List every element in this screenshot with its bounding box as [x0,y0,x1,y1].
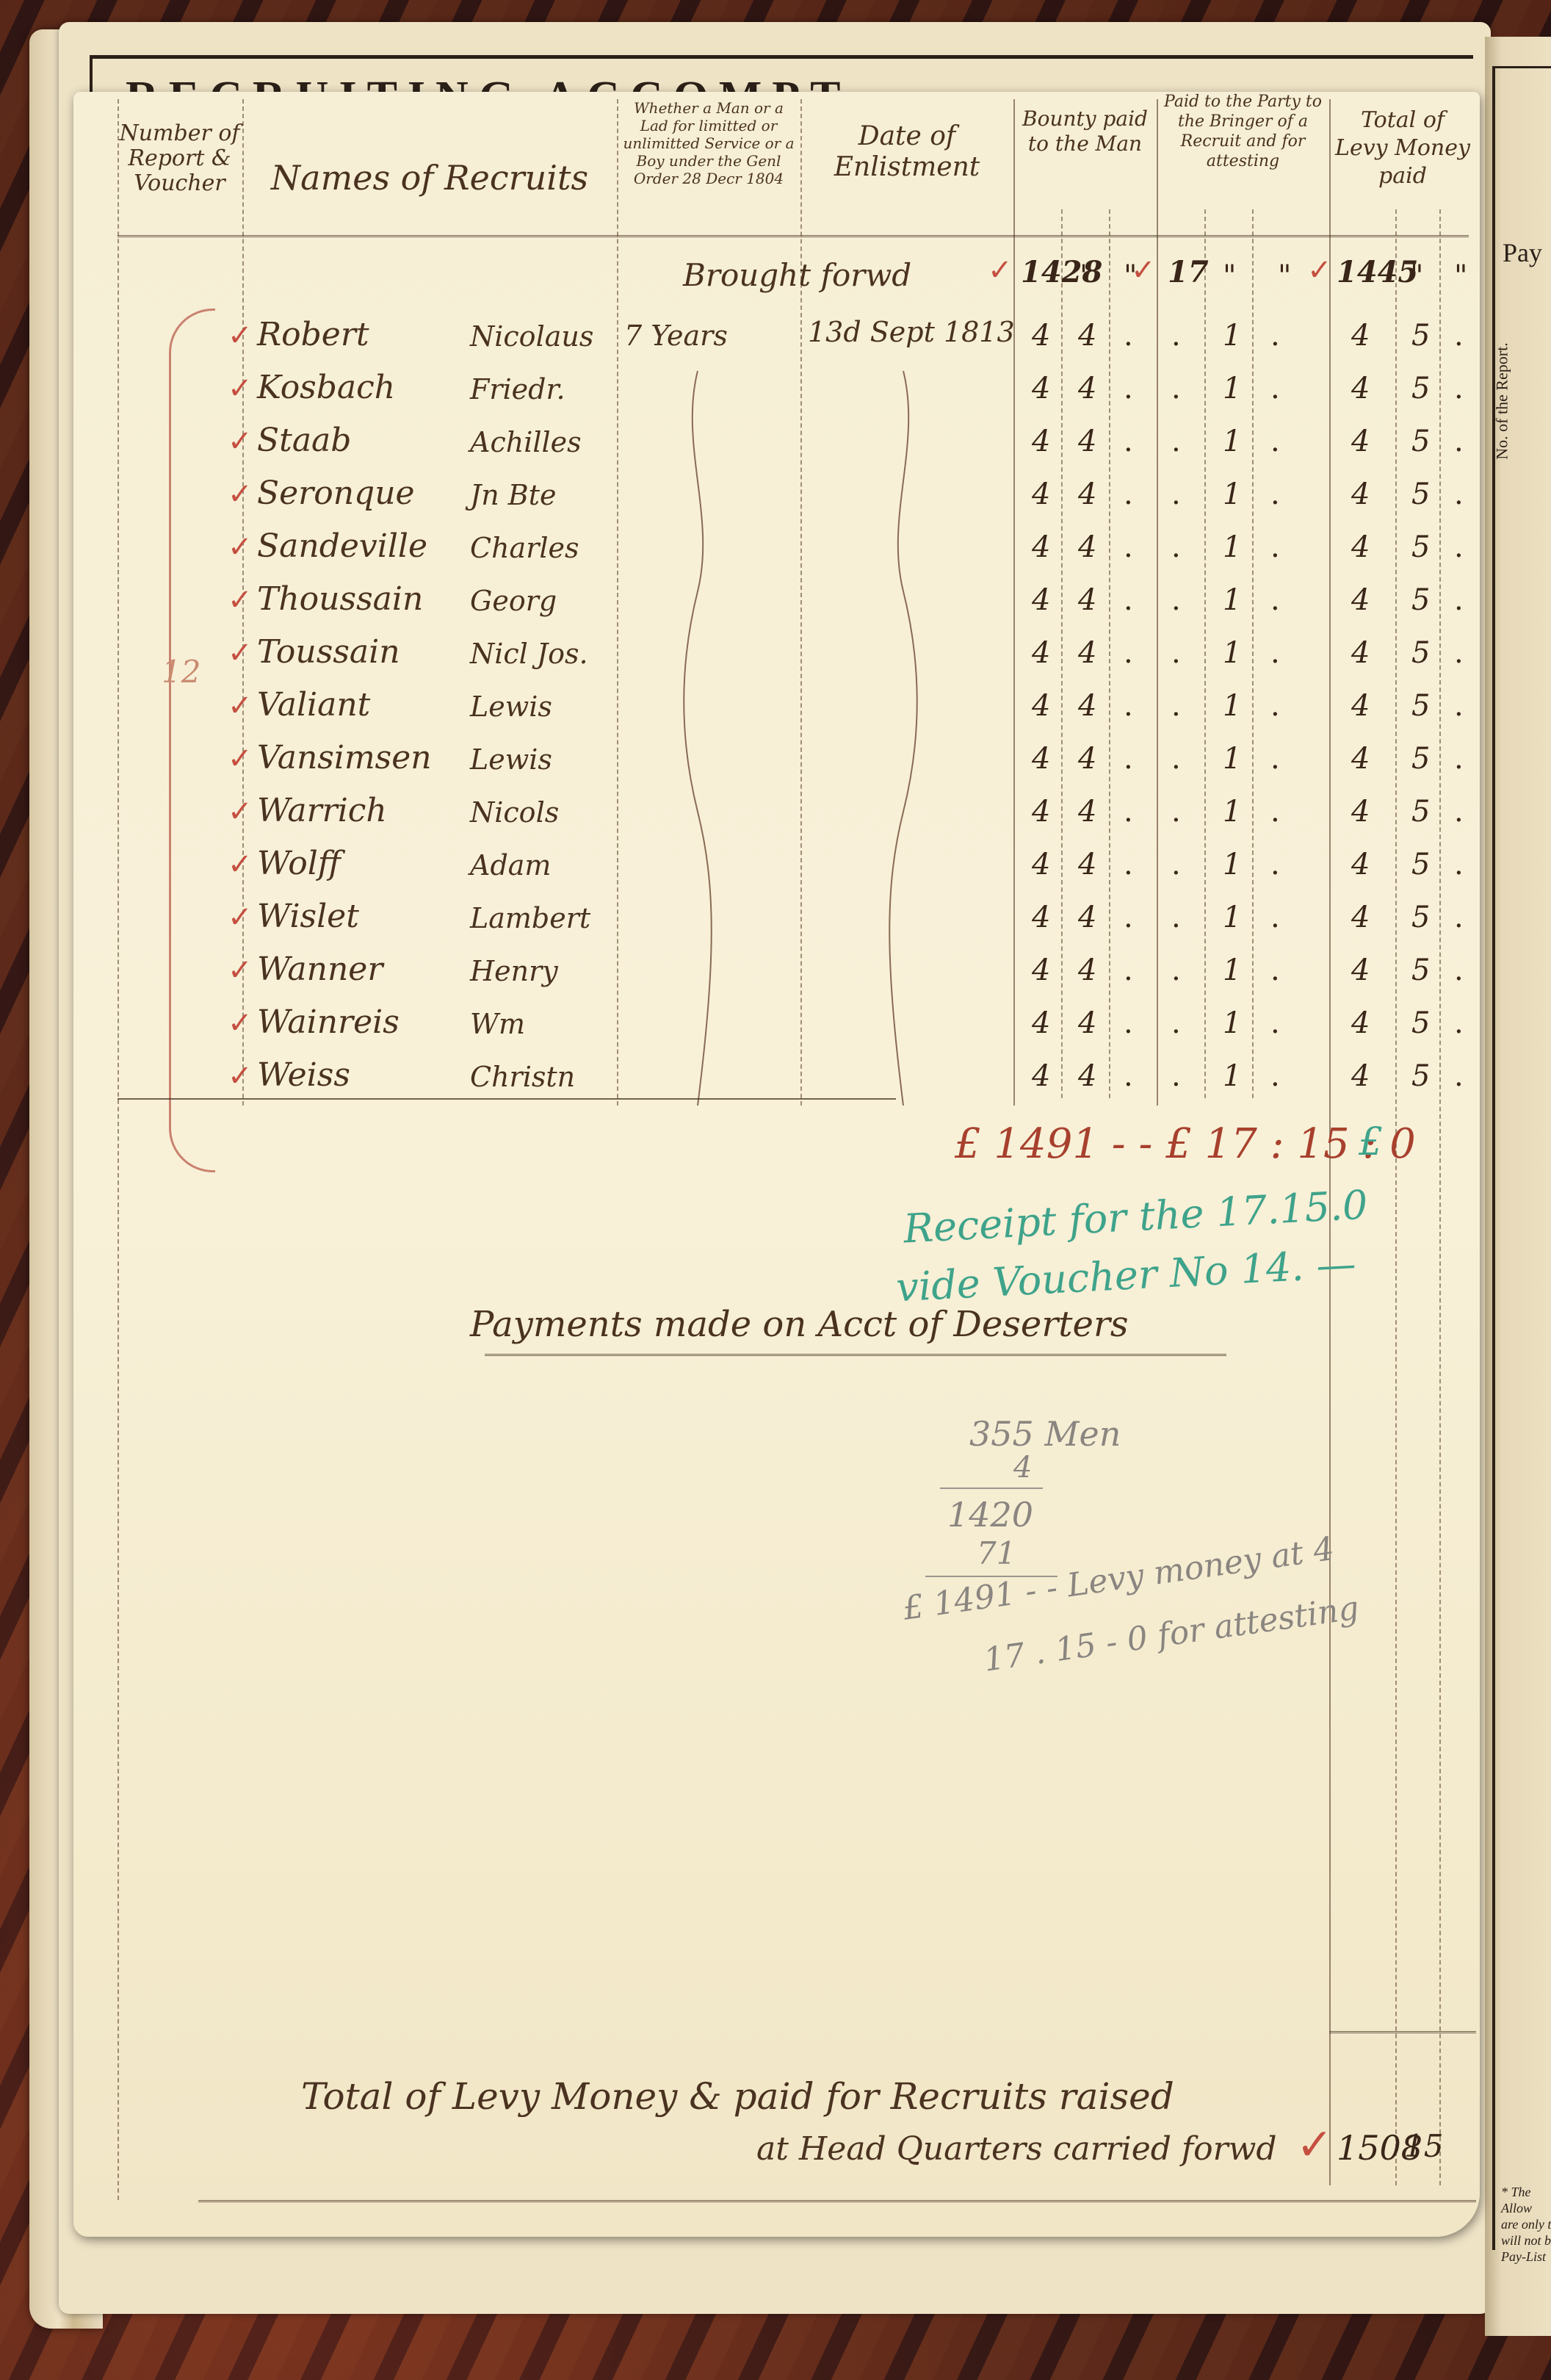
red-check-icon: ✓ [228,953,253,987]
amount-party-d: . [1270,689,1280,723]
amount-party-d: . [1270,319,1280,353]
recruit-surname: Seronque [257,475,415,512]
red-check-icon: ✓ [228,583,253,617]
amount-party-s: 1 [1223,795,1241,829]
amount-party-s: 1 [1223,636,1241,670]
amount-total-d: . [1454,1059,1464,1093]
amount-party-s: 1 [1223,1006,1241,1040]
amount-bounty-s: 4 [1078,477,1096,511]
recruit-given-name: Georg [470,585,557,617]
amount-party-d: . [1270,583,1280,617]
amount-total-d: . [1454,795,1464,829]
amount-bounty-l: 4 [1032,901,1050,934]
table-row: ✓SeronqueJn Bte44..1.45. [73,475,1480,526]
amount-total-d: . [1454,636,1464,670]
recruit-given-name: Adam [470,849,551,881]
table-row: ✓WeissChristn44..1.45. [73,1056,1480,1108]
amount-party-d: . [1270,742,1280,776]
amount-party-l: . [1171,372,1181,405]
table-row: ✓VansimsenLewis44..1.45. [73,739,1480,790]
recruit-surname: Vansimsen [257,739,432,776]
amount-total-l: 4 [1351,372,1370,405]
amount-bounty-s: 4 [1078,425,1096,458]
amount-party-l: . [1171,530,1181,564]
amount-party-l: . [1171,477,1181,511]
amount-bounty-l: 4 [1032,953,1050,987]
pencil-calc-line-3: 1420 [947,1495,1033,1535]
footer-total-line-2: at Head Quarters carried forwd [756,2130,1277,2168]
recruit-given-name: Nicolaus [470,320,593,353]
amount-total-d: . [1454,477,1464,511]
amount-bounty-d: . [1124,530,1133,564]
amount-total-d: . [1454,372,1464,405]
amount-bounty-l: 4 [1032,530,1050,564]
red-check-icon: ✓ [1307,253,1332,287]
amount-total-d: . [1454,848,1464,881]
amount-total-s: 5 [1411,848,1430,881]
table-row: ✓ThoussainGeorg44..1.45. [73,580,1480,632]
amount-bounty-d: . [1124,425,1133,458]
deserters-heading: Payments made on Acct of Deserters [470,1304,1129,1345]
amount-total-s: 5 [1411,372,1430,405]
amount-party-s: 1 [1223,319,1241,353]
recruit-given-name: Henry [470,955,558,987]
header-service-type: Whether a Man or a Lad for limitted or u… [621,99,797,187]
recruit-surname: Staab [257,422,351,459]
amount-total-s: 5 [1411,425,1430,458]
amount-party-d: . [1270,953,1280,987]
amount-party-l: . [1171,1059,1181,1093]
amount-total-s: 5 [1411,689,1430,723]
recruit-surname: Wolff [257,845,341,882]
amount-party-l: . [1171,795,1181,829]
table-row: ✓WisletLambert44..1.45. [73,898,1480,949]
amount-bounty-s: 4 [1078,795,1096,829]
facing-page: Pay No. of the Report. * The Allow are o… [1485,37,1551,2336]
amount-bounty-l: 4 [1032,742,1050,776]
amount-party-l: . [1171,689,1181,723]
pencil-calc-line-1: 355 Men [969,1414,1121,1454]
amount-total-l: 4 [1351,1006,1370,1040]
amount-party-s: 1 [1223,742,1241,776]
table-row: ✓StaabAchilles44..1.45. [73,422,1480,473]
amount-party-s: 1 [1223,477,1241,511]
amount-party-s: 1 [1223,901,1241,934]
amount-total-l: 4 [1351,742,1370,776]
recruit-given-name: Nicl Jos. [470,638,588,670]
recruit-surname: Toussain [257,633,400,671]
ledger-page: Number of Report & Voucher Names of Recr… [73,92,1480,2237]
recruit-given-name: Friedr. [470,373,565,405]
amount-total-d: . [1454,583,1464,617]
amount-total-l: 4 [1351,583,1370,617]
amount-total-l: 4 [1351,795,1370,829]
rows-end-rule [117,1098,896,1100]
footer-rule [198,2200,1476,2205]
red-check-icon: ✓ [988,253,1013,287]
recruit-surname: Thoussain [257,580,423,618]
amount-total-l: 4 [1351,319,1370,353]
footer-total-line-1: Total of Levy Money & paid for Recruits … [301,2075,1174,2118]
amount-party-d: . [1270,372,1280,405]
recruit-given-name: Achilles [470,426,582,458]
red-check-icon: ✓ [228,319,253,353]
amount-total-s: 5 [1411,795,1430,829]
amount-party-l: . [1171,901,1181,934]
amount-total-l: 4 [1351,689,1370,723]
pencil-rule [940,1487,1043,1489]
amount-total-s: 5 [1411,1006,1430,1040]
red-check-icon: ✓ [1131,253,1156,287]
amount-party-d: . [1270,636,1280,670]
recruit-given-name: Wm [470,1008,525,1040]
amount-party-s: 1 [1223,372,1241,405]
amount-bounty-s: 4 [1078,901,1096,934]
amount-bounty-s: 4 [1078,689,1096,723]
red-totals-annotation: £ 1491 - - £ 17 : 15 : 0 [955,1120,1416,1168]
red-check-icon: ✓ [228,372,253,405]
amount-bounty-d: . [1124,583,1133,617]
green-receipt-line-1: Receipt for the 17.15.0 [903,1181,1369,1252]
amount-party-d: . [1270,425,1280,458]
red-check-icon: ✓ [228,1006,253,1040]
red-check-icon: ✓ [228,689,253,723]
amount-total-l: 4 [1351,953,1370,987]
header-rule [117,235,1469,240]
amount-total-l: 4 [1351,848,1370,881]
amount-bounty-l: 4 [1032,477,1050,511]
amount-bounty-s: 4 [1078,1006,1096,1040]
amount-total-s: 5 [1411,636,1430,670]
amount-bounty-d: . [1124,1059,1133,1093]
brought-forward-party-pounds: 17 [1168,255,1209,289]
amount-bounty-s: 4 [1078,583,1096,617]
amount-party-l: . [1171,583,1181,617]
amount-total-s: 5 [1411,319,1430,353]
amount-bounty-d: . [1124,795,1133,829]
table-row: ✓WolffAdam44..1.45. [73,845,1480,896]
amount-party-d: . [1270,795,1280,829]
amount-bounty-d: . [1124,953,1133,987]
red-check-icon: ✓ [228,477,253,511]
table-row: ✓ToussainNicl Jos.44..1.45. [73,633,1480,685]
amount-total-l: 4 [1351,530,1370,564]
amount-bounty-l: 4 [1032,636,1050,670]
header-total-levy-money: Total of Levy Money paid [1333,107,1472,190]
amount-bounty-s: 4 [1078,848,1096,881]
amount-total-d: . [1454,953,1464,987]
amount-total-s: 5 [1411,477,1430,511]
amount-party-l: . [1171,848,1181,881]
red-check-icon: ✓ [228,742,253,776]
table-row: ✓WannerHenry44..1.45. [73,951,1480,1002]
brought-forward-total-s: " [1410,259,1423,293]
amount-bounty-s: 4 [1078,319,1096,353]
footer-total-shillings: 15 [1404,2128,1443,2164]
pencil-calc-line-4: 71 [977,1535,1016,1571]
recruit-given-name: Lambert [470,902,590,934]
amount-party-s: 1 [1223,583,1241,617]
amount-bounty-l: 4 [1032,1006,1050,1040]
brought-forward-total-pounds: 1445 [1337,255,1418,289]
brought-forward-party-s: " [1223,259,1236,293]
amount-total-l: 4 [1351,477,1370,511]
table-row: ✓ValiantLewis44..1.45. [73,686,1480,738]
recruit-given-name: Lewis [470,690,552,723]
facing-page-footnote: * The Allow are only t will not be Pay-L… [1501,2184,1551,2265]
recruit-surname: Sandeville [257,527,427,565]
amount-total-d: . [1454,319,1464,353]
amount-bounty-d: . [1124,319,1133,353]
brought-forward-bounty-s: " [1080,259,1093,293]
recruit-surname: Wislet [257,898,359,935]
amount-party-d: . [1270,477,1280,511]
green-pound-sign: £ [1359,1120,1383,1164]
amount-total-d: . [1454,530,1464,564]
red-check-icon: ✓ [228,901,253,934]
amount-party-l: . [1171,953,1181,987]
recruit-surname: Wainreis [257,1003,399,1041]
amount-bounty-d: . [1124,477,1133,511]
header-names-of-recruits: Names of Recruits [250,165,610,190]
amount-bounty-d: . [1124,372,1133,405]
header-date-of-enlistment: Date of Enlistment [804,121,1010,183]
amount-total-s: 5 [1411,742,1430,776]
amount-bounty-s: 4 [1078,636,1096,670]
amount-bounty-l: 4 [1032,848,1050,881]
amount-party-d: . [1270,1006,1280,1040]
amount-party-l: . [1171,742,1181,776]
amount-party-s: 1 [1223,689,1241,723]
red-check-icon: ✓ [228,795,253,829]
amount-party-l: . [1171,319,1181,353]
recruit-surname: Robert [257,316,369,353]
amount-total-l: 4 [1351,1059,1370,1093]
amount-total-d: . [1454,742,1464,776]
amount-party-s: 1 [1223,425,1241,458]
red-check-icon: ✓ [228,530,253,564]
amount-party-d: . [1270,1059,1280,1093]
recruit-surname: Valiant [257,686,370,724]
amount-total-d: . [1454,1006,1464,1040]
recruit-surname: Weiss [257,1056,350,1094]
amount-bounty-s: 4 [1078,1059,1096,1093]
amount-bounty-d: . [1124,848,1133,881]
brought-forward-party-d: " [1278,259,1291,293]
amount-party-s: 1 [1223,1059,1241,1093]
table-row: ✓KosbachFriedr.44..1.45. [73,369,1480,420]
amount-bounty-s: 4 [1078,742,1096,776]
amount-bounty-s: 4 [1078,953,1096,987]
recruit-given-name: Nicols [470,796,559,829]
recruit-given-name: Lewis [470,743,552,776]
amount-total-l: 4 [1351,425,1370,458]
amount-party-s: 1 [1223,848,1241,881]
amount-total-s: 5 [1411,901,1430,934]
amount-total-s: 5 [1411,953,1430,987]
amount-bounty-l: 4 [1032,689,1050,723]
brought-forward-label: Brought forwd [683,257,911,293]
amount-total-s: 5 [1411,583,1430,617]
red-check-icon: ✓ [228,1059,253,1093]
amount-bounty-d: . [1124,901,1133,934]
amount-bounty-l: 4 [1032,1059,1050,1093]
amount-party-d: . [1270,901,1280,934]
amount-total-d: . [1454,425,1464,458]
amount-bounty-d: . [1124,1006,1133,1040]
amount-total-d: . [1454,689,1464,723]
table-row: ✓SandevilleCharles44..1.45. [73,527,1480,579]
amount-bounty-l: 4 [1032,425,1050,458]
header-number-of-report: Number of Report & Voucher [119,121,240,196]
amount-party-d: . [1270,848,1280,881]
red-check-icon: ✓ [228,425,253,458]
green-receipt-line-2: vide Voucher No 14. — [895,1241,1357,1311]
recruit-given-name: Charles [470,532,579,564]
amount-party-l: . [1171,425,1181,458]
amount-bounty-d: . [1124,689,1133,723]
amount-party-l: . [1171,636,1181,670]
amount-party-d: . [1270,530,1280,564]
red-check-icon: ✓ [228,636,253,670]
facing-page-column-label: No. of the Report. [1493,342,1512,459]
amount-party-l: . [1171,1006,1181,1040]
recruit-surname: Warrich [257,792,387,829]
pencil-calc-line-2: 4 [1013,1451,1032,1485]
amount-bounty-s: 4 [1078,530,1096,564]
facing-page-frame: Pay No. of the Report. * The Allow are o… [1492,66,1551,2250]
header-paid-to-party: Paid to the Party to the Bringer of a Re… [1160,92,1326,171]
amount-bounty-l: 4 [1032,319,1050,353]
amount-total-l: 4 [1351,636,1370,670]
red-check-icon: ✓ [228,848,253,881]
recruit-surname: Wanner [257,951,383,988]
amount-total-s: 5 [1411,530,1430,564]
facing-page-header: Pay [1503,237,1542,268]
amount-total-s: 5 [1411,1059,1430,1093]
header-bounty: Bounty paid to the Man [1017,107,1153,156]
footer-rule-right [1329,2031,1476,2036]
recruit-given-name: Christn [470,1061,575,1093]
red-check-icon: ✓ [1296,2119,1333,2171]
amount-bounty-s: 4 [1078,372,1096,405]
amount-bounty-l: 4 [1032,795,1050,829]
brought-forward-total-d: " [1454,259,1467,293]
table-row: ✓RobertNicolaus44..1.45. [73,316,1480,367]
amount-party-s: 1 [1223,530,1241,564]
table-row: ✓WainreisWm44..1.45. [73,1003,1480,1055]
amount-bounty-l: 4 [1032,372,1050,405]
amount-total-d: . [1454,901,1464,934]
recruit-surname: Kosbach [257,369,395,406]
amount-party-s: 1 [1223,953,1241,987]
amount-bounty-l: 4 [1032,583,1050,617]
table-row: ✓WarrichNicols44..1.45. [73,792,1480,843]
deserters-heading-underline [485,1354,1226,1359]
amount-bounty-d: . [1124,742,1133,776]
amount-total-l: 4 [1351,901,1370,934]
amount-bounty-d: . [1124,636,1133,670]
recruit-given-name: Jn Bte [470,479,556,511]
